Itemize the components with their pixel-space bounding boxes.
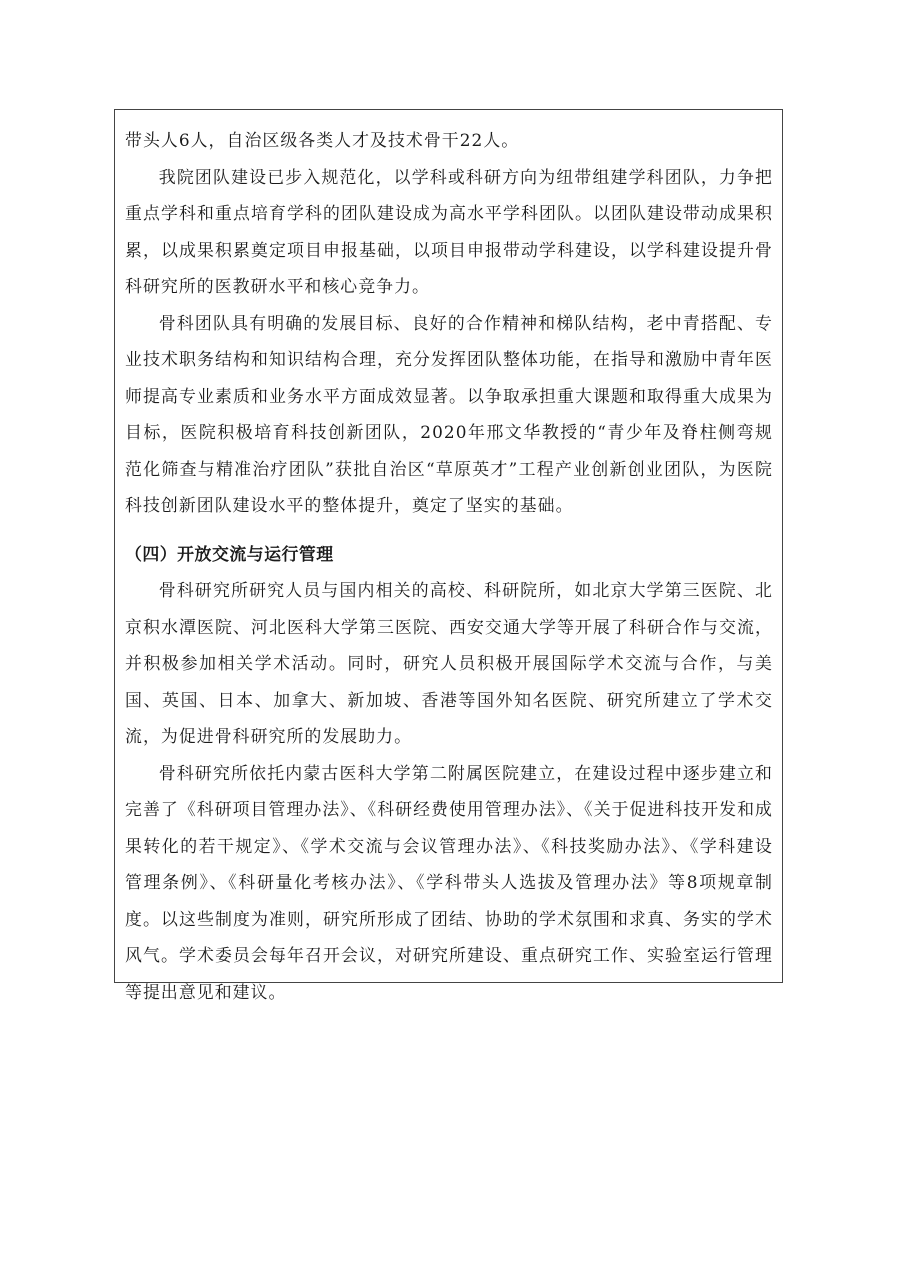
paragraph-exchange: 骨科研究所研究人员与国内相关的高校、科研院所，如北京大学第三医院、北京积水潭医院… <box>125 572 773 755</box>
paragraph-team-standardization: 我院团队建设已步入规范化，以学科或科研方向为纽带组建学科团队，力争把重点学科和重… <box>125 159 773 305</box>
document-page: 带头人6人，自治区级各类人才及技术骨干22人。 我院团队建设已步入规范化，以学科… <box>0 0 900 1273</box>
section-heading: （四）开放交流与运行管理 <box>125 536 773 573</box>
continuation-paragraph: 带头人6人，自治区级各类人才及技术骨干22人。 <box>125 122 773 159</box>
paragraph-management: 骨科研究所依托内蒙古医科大学第二附属医院建立，在建设过程中逐步建立和完善了《科研… <box>125 755 773 1011</box>
content-table-cell: 带头人6人，自治区级各类人才及技术骨干22人。 我院团队建设已步入规范化，以学科… <box>114 109 783 983</box>
paragraph-orthopedic-team: 骨科团队具有明确的发展目标、良好的合作精神和梯队结构，老中青搭配、专业技术职务结… <box>125 305 773 524</box>
